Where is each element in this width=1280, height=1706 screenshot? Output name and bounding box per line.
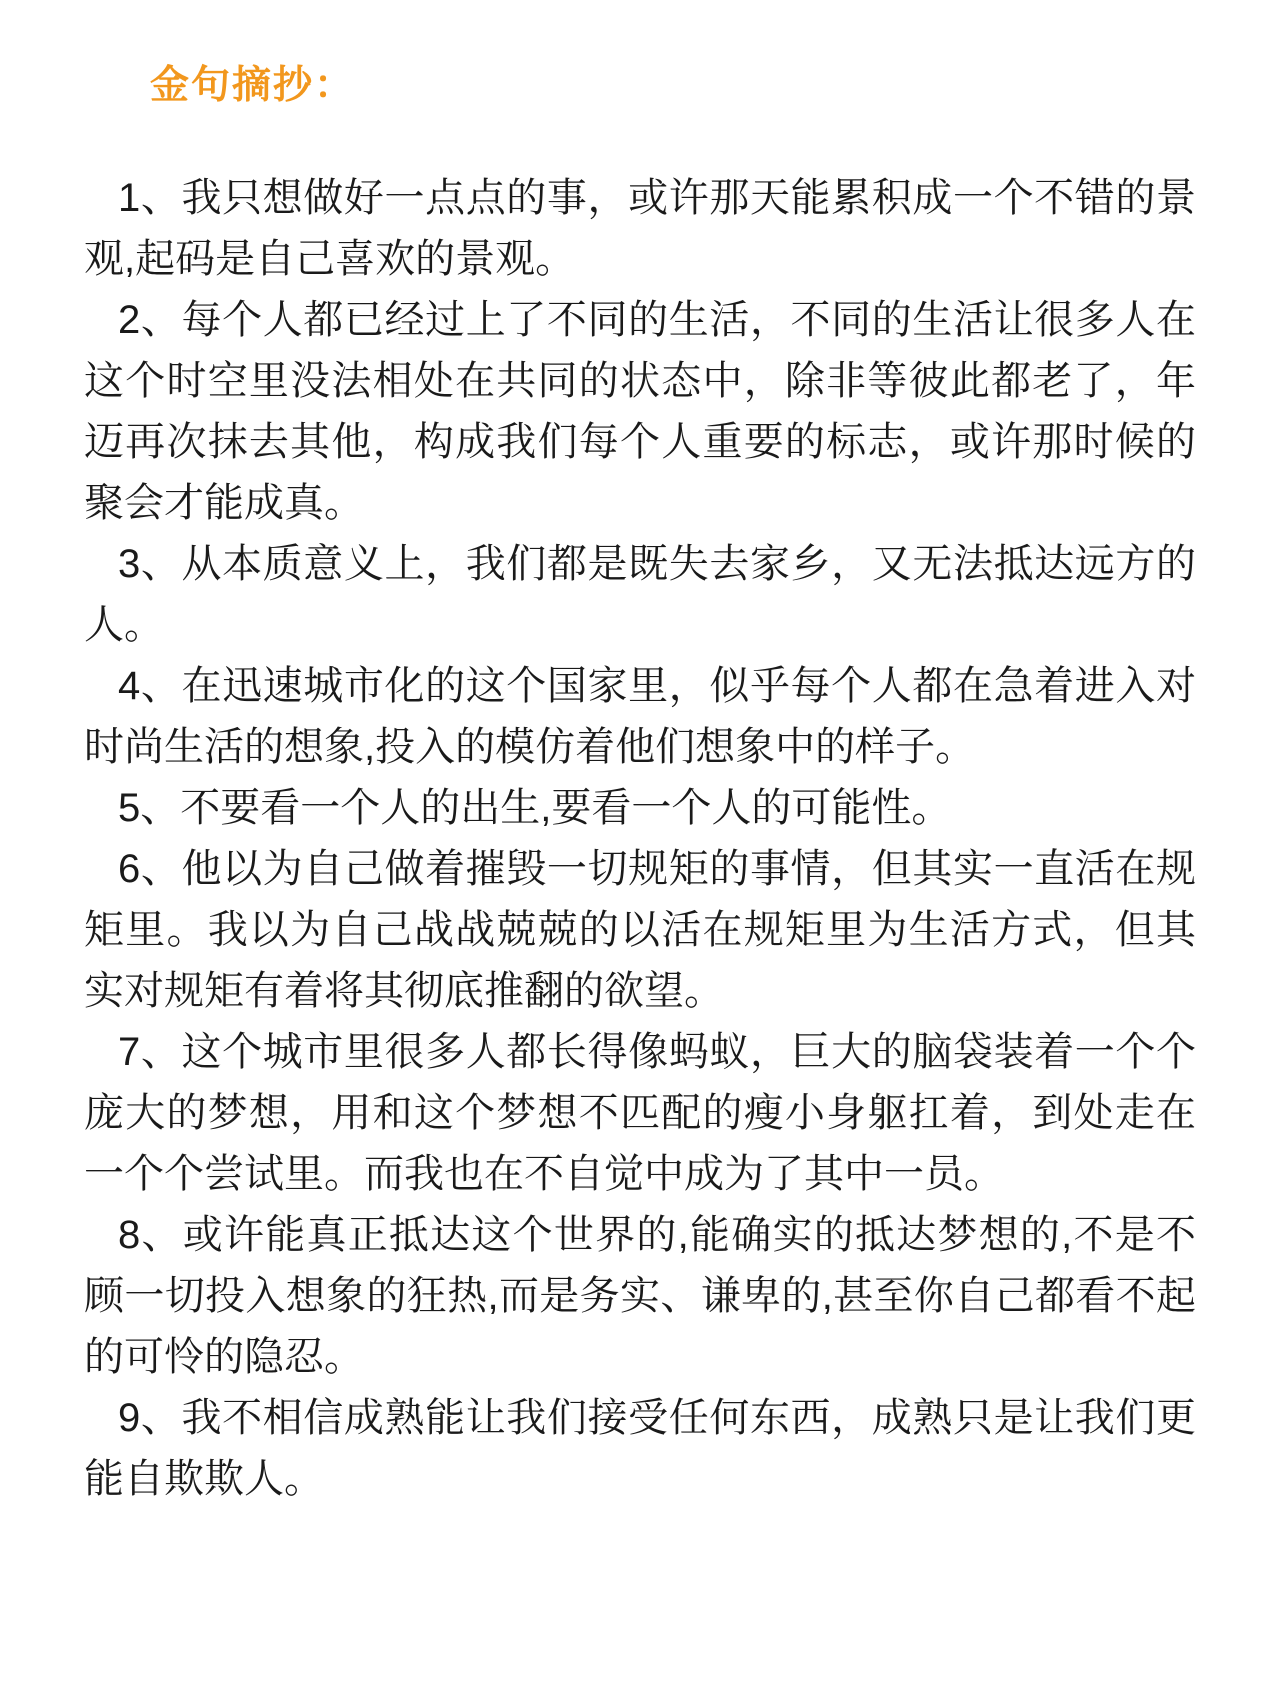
quote-item-9: 9、我不相信成熟能让我们接受任何东西，成熟只是让我们更能自欺欺人。 (84, 1388, 1196, 1510)
quote-item-2: 2、每个人都已经过上了不同的生活，不同的生活让很多人在这个时空里没法相处在共同的… (84, 290, 1196, 534)
notes-page: 金句摘抄： 1、我只想做好一点点的事，或许那天能累积成一个不错的景观,起码是自己… (0, 0, 1280, 1706)
quotes-list: 1、我只想做好一点点的事，或许那天能累积成一个不错的景观,起码是自己喜欢的景观。… (84, 168, 1196, 1510)
quote-item-3: 3、从本质意义上，我们都是既失去家乡，又无法抵达远方的人。 (84, 534, 1196, 656)
quote-item-6: 6、他以为自己做着摧毁一切规矩的事情，但其实一直活在规矩里。我以为自己战战兢兢的… (84, 839, 1196, 1022)
quote-item-4: 4、在迅速城市化的这个国家里，似乎每个人都在急着进入对时尚生活的想象,投入的模仿… (84, 656, 1196, 778)
quote-item-8: 8、或许能真正抵达这个世界的,能确实的抵达梦想的,不是不顾一切投入想象的狂热,而… (84, 1205, 1196, 1388)
quote-item-7: 7、这个城市里很多人都长得像蚂蚁，巨大的脑袋装着一个个庞大的梦想，用和这个梦想不… (84, 1022, 1196, 1205)
quote-item-5: 5、不要看一个人的出生,要看一个人的可能性。 (84, 778, 1196, 839)
quote-item-1: 1、我只想做好一点点的事，或许那天能累积成一个不错的景观,起码是自己喜欢的景观。 (84, 168, 1196, 290)
page-title: 金句摘抄： (150, 62, 355, 110)
